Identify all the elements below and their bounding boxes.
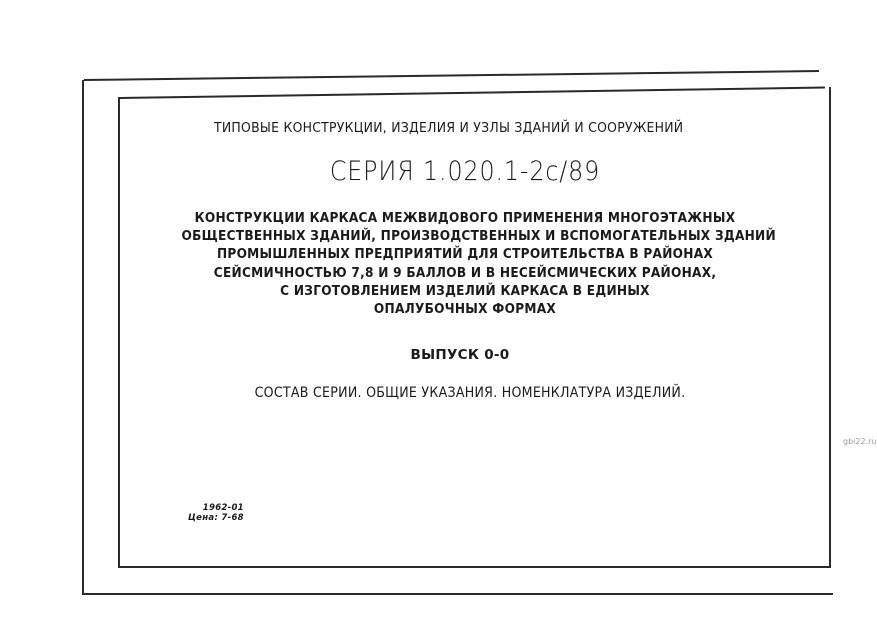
stamp-code: 1962-01 [188,503,244,513]
watermark: gbi22.ru [843,437,876,446]
contents-title: СОСТАВ СЕРИИ. ОБЩИЕ УКАЗАНИЯ. НОМЕНКЛАТУ… [254,385,686,401]
price-stamp: 1962-01 Цена: 7-68 [188,503,244,523]
description-line: ОПАЛУБОЧНЫХ ФОРМАХ [182,300,749,318]
description-line: ОБЩЕСТВЕННЫХ ЗДАНИЙ, ПРОИЗВОДСТВЕННЫХ И … [182,227,749,245]
description-line: СЕЙСМИЧНОСТЬЮ 7,8 И 9 БАЛЛОВ И В НЕСЕЙСМ… [182,264,749,282]
outer-frame-top-line [84,70,819,80]
description-line: ПРОМЫШЛЕННЫХ ПРЕДПРИЯТИЙ ДЛЯ СТРОИТЕЛЬСТ… [182,245,749,263]
outer-frame-bottom-line [82,593,833,595]
outer-frame-left-line [82,80,84,594]
issue-number: ВЫПУСК 0-0 [380,347,540,363]
inner-frame-right-line [829,87,831,568]
description-line: КОНСТРУКЦИИ КАРКАСА МЕЖВИДОВОГО ПРИМЕНЕН… [182,209,749,227]
stamp-price: Цена: 7-68 [188,513,244,523]
inner-frame-top-line [120,87,825,99]
description-line: С ИЗГОТОВЛЕНИЕМ ИЗДЕЛИЙ КАРКАСА В ЕДИНЫХ [182,282,749,300]
document-header: ТИПОВЫЕ КОНСТРУКЦИИ, ИЗДЕЛИЯ И УЗЛЫ ЗДАН… [214,120,674,136]
inner-frame-bottom-line [118,566,830,568]
series-title: СЕРИЯ 1.020.1-2с/89 [320,156,610,187]
inner-frame-left-line [118,97,120,568]
description-block: КОНСТРУКЦИИ КАРКАСА МЕЖВИДОВОГО ПРИМЕНЕН… [150,209,780,318]
